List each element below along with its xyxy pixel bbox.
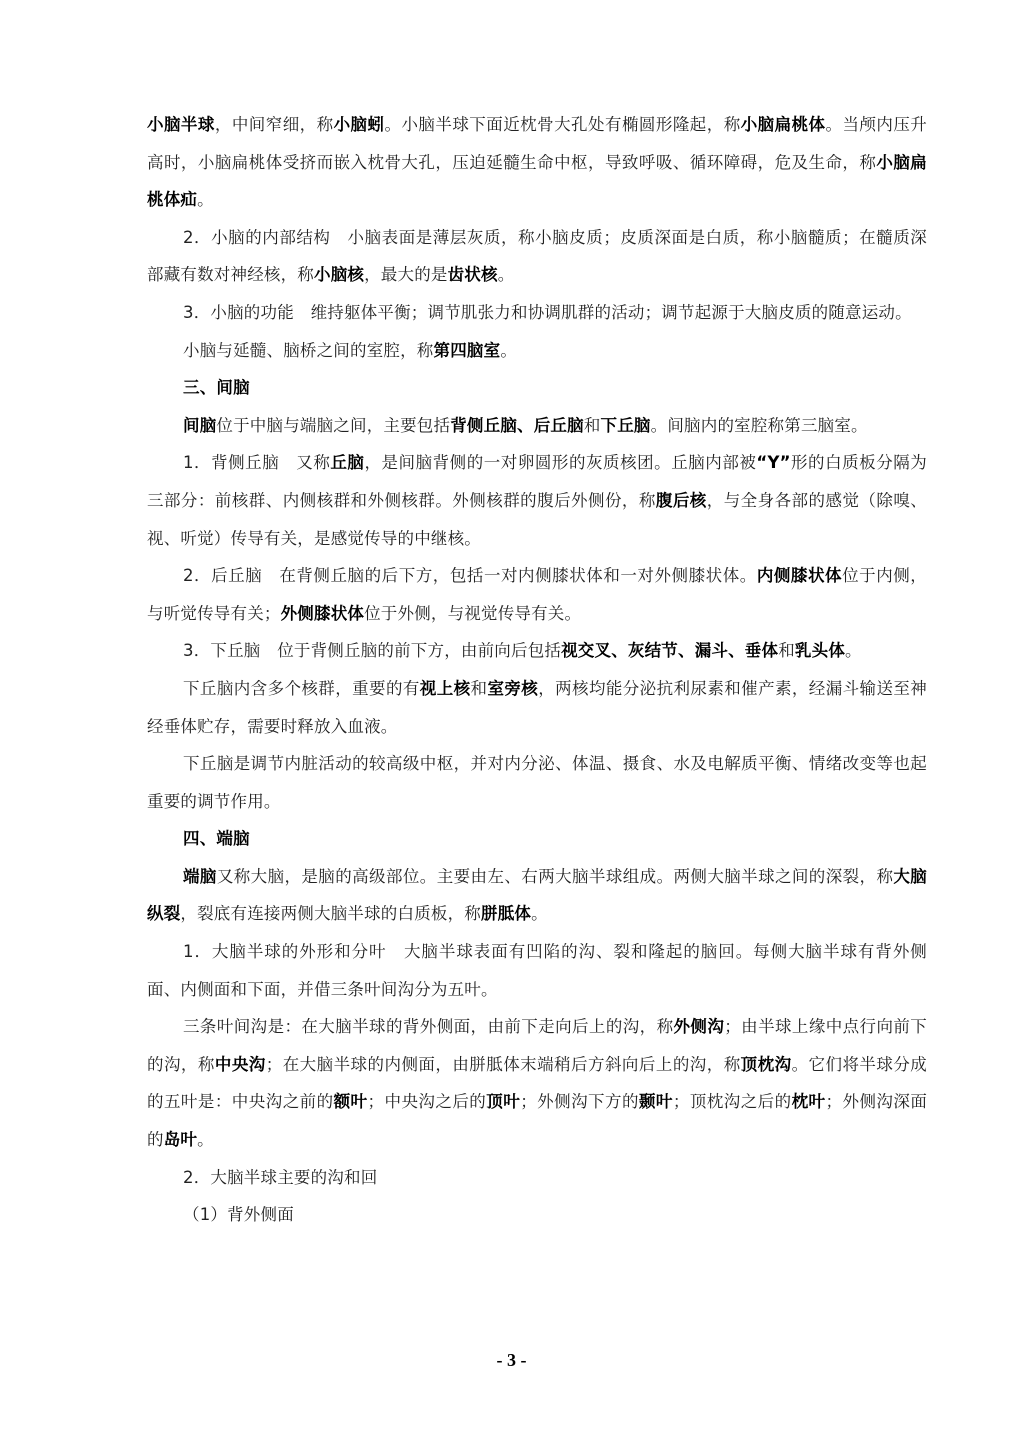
text-run: 下丘脑是调节内脏活动的较高级中枢，并对内分泌、体温、摄食、水及电解质平衡、情绪改… bbox=[147, 754, 927, 811]
bold-term: 四、端脑 bbox=[183, 829, 250, 848]
bold-term: 背侧丘脑、后丘脑 bbox=[450, 416, 584, 435]
text-run: 三条叶间沟是：在大脑半球的背外侧面，由前下走向后上的沟，称 bbox=[183, 1017, 674, 1036]
text-run: 1．背侧丘脑 又称 bbox=[183, 453, 330, 472]
bold-term: 室旁核 bbox=[487, 679, 538, 698]
text-run: 2．小脑的内部结构 小脑表面是薄层灰质，称小脑皮质；皮质深面是白质，称小脑髓质；… bbox=[147, 228, 927, 285]
text-run: 小脑与延髓、脑桥之间的室腔，称 bbox=[183, 341, 434, 360]
text-run: 。间脑内的室腔称第三脑室。 bbox=[651, 416, 868, 435]
body-paragraph: 1．大脑半球的外形和分叶 大脑半球表面有凹陷的沟、裂和隆起的脑回。每侧大脑半球有… bbox=[147, 933, 927, 1008]
bold-term: 额叶 bbox=[334, 1092, 368, 1111]
bold-term: 齿状核 bbox=[448, 265, 498, 284]
bold-term: 小脑扁桃体 bbox=[741, 115, 826, 134]
body-paragraph: 小脑与延髓、脑桥之间的室腔，称第四脑室。 bbox=[147, 332, 927, 370]
bold-term: 三、间脑 bbox=[183, 378, 250, 397]
bold-term: “Y” bbox=[756, 453, 790, 472]
text-run: 和 bbox=[471, 679, 488, 698]
bold-term: 顶叶 bbox=[486, 1092, 520, 1111]
text-run: ；外侧沟下方的 bbox=[520, 1092, 639, 1111]
bold-term: 外侧沟 bbox=[674, 1017, 725, 1036]
text-run: 。 bbox=[197, 1130, 214, 1149]
bold-term: 腹后核 bbox=[656, 491, 707, 510]
text-run: 位于外侧，与视觉传导有关。 bbox=[364, 604, 581, 623]
text-run: 1．大脑半球的外形和分叶 大脑半球表面有凹陷的沟、裂和隆起的脑回。每侧大脑半球有… bbox=[147, 942, 927, 999]
page-number: - 3 - bbox=[0, 1350, 1023, 1371]
body-paragraph: 3．小脑的功能 维持躯体平衡；调节肌张力和协调肌群的活动；调节起源于大脑皮质的随… bbox=[147, 294, 927, 332]
text-run: 2．后丘脑 在背侧丘脑的后下方，包括一对内侧膝状体和一对外侧膝状体。 bbox=[183, 566, 757, 585]
body-paragraph: 1．背侧丘脑 又称丘脑，是间脑背侧的一对卵圆形的灰质核团。丘脑内部被“Y”形的白… bbox=[147, 444, 927, 557]
body-paragraph: 间脑位于中脑与端脑之间，主要包括背侧丘脑、后丘脑和下丘脑。间脑内的室腔称第三脑室… bbox=[147, 407, 927, 445]
body-paragraph: 2．大脑半球主要的沟和回 bbox=[147, 1159, 927, 1197]
bold-term: 间脑 bbox=[183, 416, 216, 435]
bold-term: 小脑核 bbox=[314, 265, 364, 284]
text-run: 和 bbox=[778, 641, 795, 660]
text-run: 。 bbox=[845, 641, 862, 660]
text-run: ，是间脑背侧的一对卵圆形的灰质核团。丘脑内部被 bbox=[364, 453, 756, 472]
bold-term: 下丘脑 bbox=[601, 416, 651, 435]
body-paragraph: 2．小脑的内部结构 小脑表面是薄层灰质，称小脑皮质；皮质深面是白质，称小脑髓质；… bbox=[147, 219, 927, 294]
text-run: ；在大脑半球的内侧面，由胼胝体末端稍后方斜向后上的沟，称 bbox=[266, 1055, 741, 1074]
text-run: 。 bbox=[498, 265, 515, 284]
bold-term: 小脑半球 bbox=[147, 115, 215, 134]
text-run: 。 bbox=[197, 190, 214, 209]
section-heading: 四、端脑 bbox=[147, 820, 927, 858]
text-run: 3．下丘脑 位于背侧丘脑的前下方，由前向后包括 bbox=[183, 641, 561, 660]
document-page: 小脑半球，中间窄细，称小脑蚓。小脑半球下面近枕骨大孔处有椭圆形隆起，称小脑扁桃体… bbox=[147, 106, 927, 1234]
bold-term: 顶枕沟 bbox=[741, 1055, 792, 1074]
body-paragraph: 2．后丘脑 在背侧丘脑的后下方，包括一对内侧膝状体和一对外侧膝状体。内侧膝状体位… bbox=[147, 557, 927, 632]
text-run: 。 bbox=[531, 904, 548, 923]
bold-term: 内侧膝状体 bbox=[757, 566, 842, 585]
text-run: ，最大的是 bbox=[364, 265, 448, 284]
text-run: ，裂底有连接两侧大脑半球的白质板，称 bbox=[180, 904, 481, 923]
body-paragraph: 小脑半球，中间窄细，称小脑蚓。小脑半球下面近枕骨大孔处有椭圆形隆起，称小脑扁桃体… bbox=[147, 106, 927, 219]
bold-term: 丘脑 bbox=[330, 453, 364, 472]
text-run: ；中央沟之后的 bbox=[368, 1092, 487, 1111]
text-run: 下丘脑内含多个核群，重要的有 bbox=[183, 679, 420, 698]
bold-term: 中央沟 bbox=[215, 1055, 266, 1074]
text-run: 。小脑半球下面近枕骨大孔处有椭圆形隆起，称 bbox=[384, 115, 740, 134]
text-run: （1）背外侧面 bbox=[183, 1205, 294, 1224]
body-paragraph: 下丘脑是调节内脏活动的较高级中枢，并对内分泌、体温、摄食、水及电解质平衡、情绪改… bbox=[147, 745, 927, 820]
bold-term: 端脑 bbox=[183, 867, 217, 886]
subsection-label: （1）背外侧面 bbox=[147, 1196, 927, 1234]
bold-term: 胼胝体 bbox=[481, 904, 531, 923]
bold-term: 外侧膝状体 bbox=[281, 604, 365, 623]
text-run: 3．小脑的功能 维持躯体平衡；调节肌张力和协调肌群的活动；调节起源于大脑皮质的随… bbox=[183, 303, 912, 322]
text-run: 。 bbox=[500, 341, 517, 360]
text-run: 和 bbox=[584, 416, 601, 435]
text-run: ；顶枕沟之后的 bbox=[673, 1092, 792, 1111]
bold-term: 视上核 bbox=[420, 679, 471, 698]
body-paragraph: 端脑又称大脑，是脑的高级部位。主要由左、右两大脑半球组成。两侧大脑半球之间的深裂… bbox=[147, 858, 927, 933]
bold-term: 颞叶 bbox=[639, 1092, 673, 1111]
text-run: ，中间窄细，称 bbox=[215, 115, 334, 134]
bold-term: 小脑蚓 bbox=[334, 115, 385, 134]
bold-term: 第四脑室 bbox=[434, 341, 501, 360]
section-heading: 三、间脑 bbox=[147, 369, 927, 407]
bold-term: 枕叶 bbox=[792, 1092, 826, 1111]
body-paragraph: 下丘脑内含多个核群，重要的有视上核和室旁核，两核均能分泌抗利尿素和催产素，经漏斗… bbox=[147, 670, 927, 745]
text-run: 2．大脑半球主要的沟和回 bbox=[183, 1168, 377, 1187]
body-paragraph: 三条叶间沟是：在大脑半球的背外侧面，由前下走向后上的沟，称外侧沟；由半球上缘中点… bbox=[147, 1008, 927, 1158]
text-run: 位于中脑与端脑之间，主要包括 bbox=[216, 416, 450, 435]
body-paragraph: 3．下丘脑 位于背侧丘脑的前下方，由前向后包括视交叉、灰结节、漏斗、垂体和乳头体… bbox=[147, 632, 927, 670]
bold-term: 乳头体 bbox=[795, 641, 845, 660]
text-run: 又称大脑，是脑的高级部位。主要由左、右两大脑半球组成。两侧大脑半球之间的深裂，称 bbox=[217, 867, 894, 886]
bold-term: 岛叶 bbox=[164, 1130, 197, 1149]
bold-term: 视交叉、灰结节、漏斗、垂体 bbox=[561, 641, 778, 660]
